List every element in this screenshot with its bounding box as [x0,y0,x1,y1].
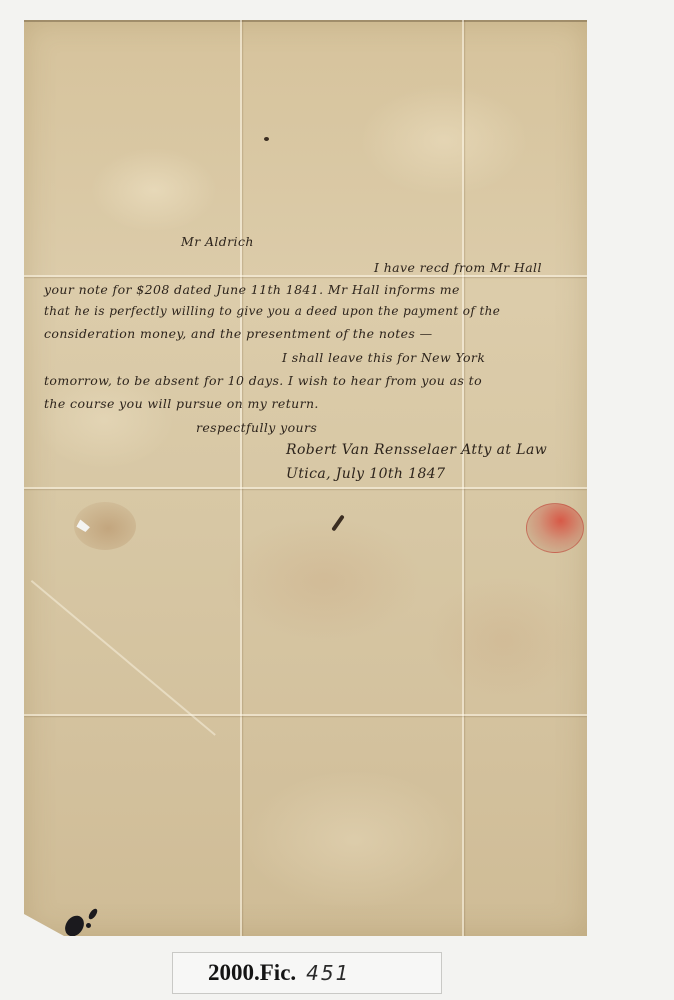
letter-line: I have recd from Mr Hall [374,260,542,275]
letter-line: that he is perfectly willing to give you… [44,304,500,318]
letter-line: consideration money, and the presentment… [44,326,433,341]
catalog-number-printed: 2000.Fic. [208,960,296,986]
letter-body: Mr Aldrich I have recd from Mr Hall your… [24,20,587,936]
catalog-label: 2000.Fic. 451 [172,952,442,994]
catalog-number-handwritten: 451 [306,961,350,985]
signature: Robert Van Rensselaer Atty at Law [286,442,547,458]
closing: respectfully yours [196,420,317,435]
letter-line: I shall leave this for New York [282,350,485,365]
letter-line-text: consideration money, and the presentment… [44,326,433,341]
letter-line: your note for $208 dated June 11th 1841.… [44,282,460,297]
salutation: Mr Aldrich [181,234,254,249]
place-date: Utica, July 10th 1847 [286,466,445,482]
letter-line: tomorrow, to be absent for 10 days. I wi… [44,373,482,388]
letter-line: the course you will pursue on my return. [44,396,319,411]
